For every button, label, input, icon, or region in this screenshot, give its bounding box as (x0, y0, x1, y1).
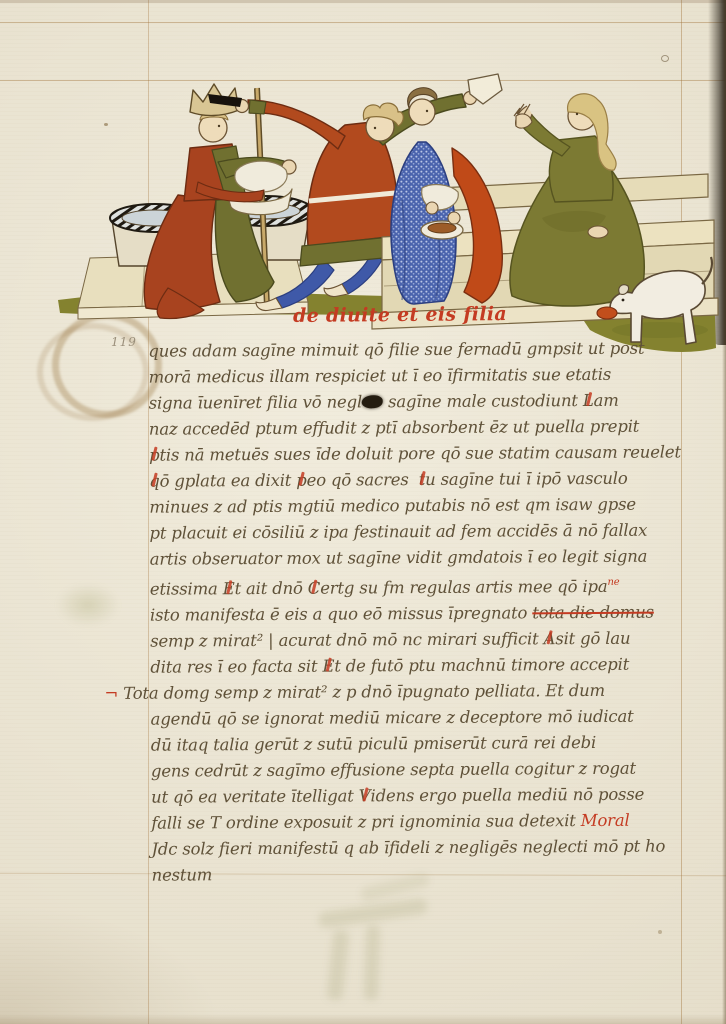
text-segment: Moral (581, 811, 630, 830)
text-line: Jdc solz fieri manifestū q ab īfideli z … (151, 833, 699, 862)
text-segment: dū itaq talia gerūt z sutū piculū pmiser… (151, 733, 596, 755)
text-line: agendū qō se ignorat mediū micare z dece… (151, 703, 699, 732)
text-segment: signa īuenīret filia vō negl (149, 392, 362, 412)
text-segment: dita res ī eo facta sit (150, 657, 322, 677)
text-segment: E (223, 579, 235, 598)
text-segment: q (149, 472, 159, 491)
text-segment: t de futō ptu machnū timore accepit (334, 655, 629, 676)
text-segment: ut qō ea veritate ītelligat (151, 786, 359, 806)
ruling-line-horizontal (0, 22, 726, 23)
text-segment: minues z ad ptis mgtiū medico putabis nō… (149, 495, 636, 517)
text-line: gens cedrūt z sagīmo effusione septa pue… (151, 755, 699, 784)
text-line: isto manifesta ē eis a quo eō missus īpr… (150, 599, 698, 628)
text-segment: artis obseruator mox ut sagīne vidit gmd… (150, 547, 648, 569)
text-segment: morā medicus illam respiciet ut ī eo īfi… (149, 365, 612, 387)
text-segment: falli se T ordine exposuit z pri ignomin… (151, 811, 581, 833)
green-margin-smudge (56, 583, 120, 627)
page-corner-shade (0, 904, 220, 1024)
food-morsel (597, 307, 617, 319)
text-block: ques adam sagīne mimuit qō filie sue fer… (148, 335, 699, 888)
text-segment: eo qō sacres (307, 470, 419, 490)
text-line: etissima Et ait dnō Certg su fm regulas … (150, 569, 698, 602)
text-line: qō gplata ea dixit peo qō sacres tu sagī… (149, 465, 697, 494)
text-segment: V (359, 786, 371, 805)
text-segment: am (594, 391, 619, 410)
text-line: ques adam sagīne mimuit qō filie sue fer… (148, 335, 696, 364)
text-line: morā medicus illam respiciet ut ī eo īfi… (148, 361, 696, 390)
text-line: artis obseruator mox ut sagīne vidit gmd… (150, 543, 698, 572)
text-segment: p (149, 446, 159, 465)
text-line: pt placuit ei cōsiliū z ipa festinauit a… (149, 517, 697, 546)
dog-ear (619, 285, 629, 295)
text-line: ptis nā metuēs sues īde doluit pore qō s… (149, 439, 697, 468)
text-line: nestum (152, 859, 700, 888)
text-segment: ō gplata ea dixit (160, 471, 297, 491)
text-segment: semp z mirat² | acurat dnō mō nc mirari … (150, 629, 544, 650)
text-segment: pt placuit ei cōsiliū z ipa festinauit a… (149, 521, 647, 543)
text-segment: agendū qō se ignorat mediū micare z dece… (151, 707, 634, 729)
text-line: dita res ī eo facta sit Et de futō ptu m… (150, 651, 698, 680)
text-segment: t ait dnō (234, 579, 307, 598)
text-segment: isto manifesta ē eis a quo eō missus īpr… (150, 603, 532, 624)
resting-hand (588, 226, 608, 238)
text-line: semp z mirat² | acurat dnō mō nc mirari … (150, 625, 698, 654)
text-line: ut qō ea veritate ītelligat Videns ergo … (151, 781, 699, 810)
text-segment: etissima (150, 579, 223, 598)
rubric-title: de diuite et eis filia (275, 303, 525, 327)
ink-blot (362, 395, 383, 408)
text-segment: ertg su fm regulas artis mee qō ipa (320, 577, 607, 598)
text-segment: tis nā metuēs sues īde doluit pore qō su… (159, 442, 681, 464)
text-segment: nestum (152, 865, 213, 884)
text-line: naz accedēd ptum effudit z ptī absorbent… (149, 413, 697, 442)
text-segment: idens ergo puella mediū nō posse (370, 785, 644, 806)
text-segment: gens cedrūt z sagīmo effusione septa pue… (151, 759, 636, 781)
text-segment: ¬ (104, 684, 123, 703)
page-edge-top (0, 0, 726, 3)
parchment-speck (658, 930, 662, 934)
text-line: signa īuenīret filia vō negl sagīne male… (149, 387, 697, 416)
text-segment: p (296, 471, 306, 490)
page-edge-right (722, 0, 726, 1024)
text-line: minues z ad ptis mgtiū medico putabis nō… (149, 491, 697, 520)
text-line: dū itaq talia gerūt z sutū piculū pmiser… (151, 729, 699, 758)
text-segment: naz accedēd ptum effudit z ptī absorbent… (149, 417, 639, 439)
text-segment: ques adam sagīne mimuit qō filie sue fer… (148, 339, 644, 361)
text-segment: L (583, 391, 594, 410)
text-line: ¬ Tota domg semp z mirat² z p dnō īpugna… (104, 677, 698, 707)
text-segment: E (322, 657, 334, 676)
text-segment: ne (607, 577, 619, 588)
text-segment: u sagīne tui ī ipō vasculo (425, 469, 628, 489)
text-segment: sit gō lau (555, 629, 630, 648)
text-line: falli se T ordine exposuit z pri ignomin… (151, 807, 699, 836)
text-segment: C (308, 579, 321, 598)
text-segment: Jdc solz fieri manifestū q ab īfideli z … (151, 837, 665, 859)
text-segment: Tota domg semp z mirat² z p dnō īpugnato… (123, 681, 605, 703)
text-segment: t (419, 470, 426, 489)
text-segment: A (544, 629, 556, 648)
show-through-mark (364, 925, 381, 1000)
text-segment: sagīne male custodiunt (383, 391, 583, 411)
text-segment: tota die domus (532, 603, 654, 623)
